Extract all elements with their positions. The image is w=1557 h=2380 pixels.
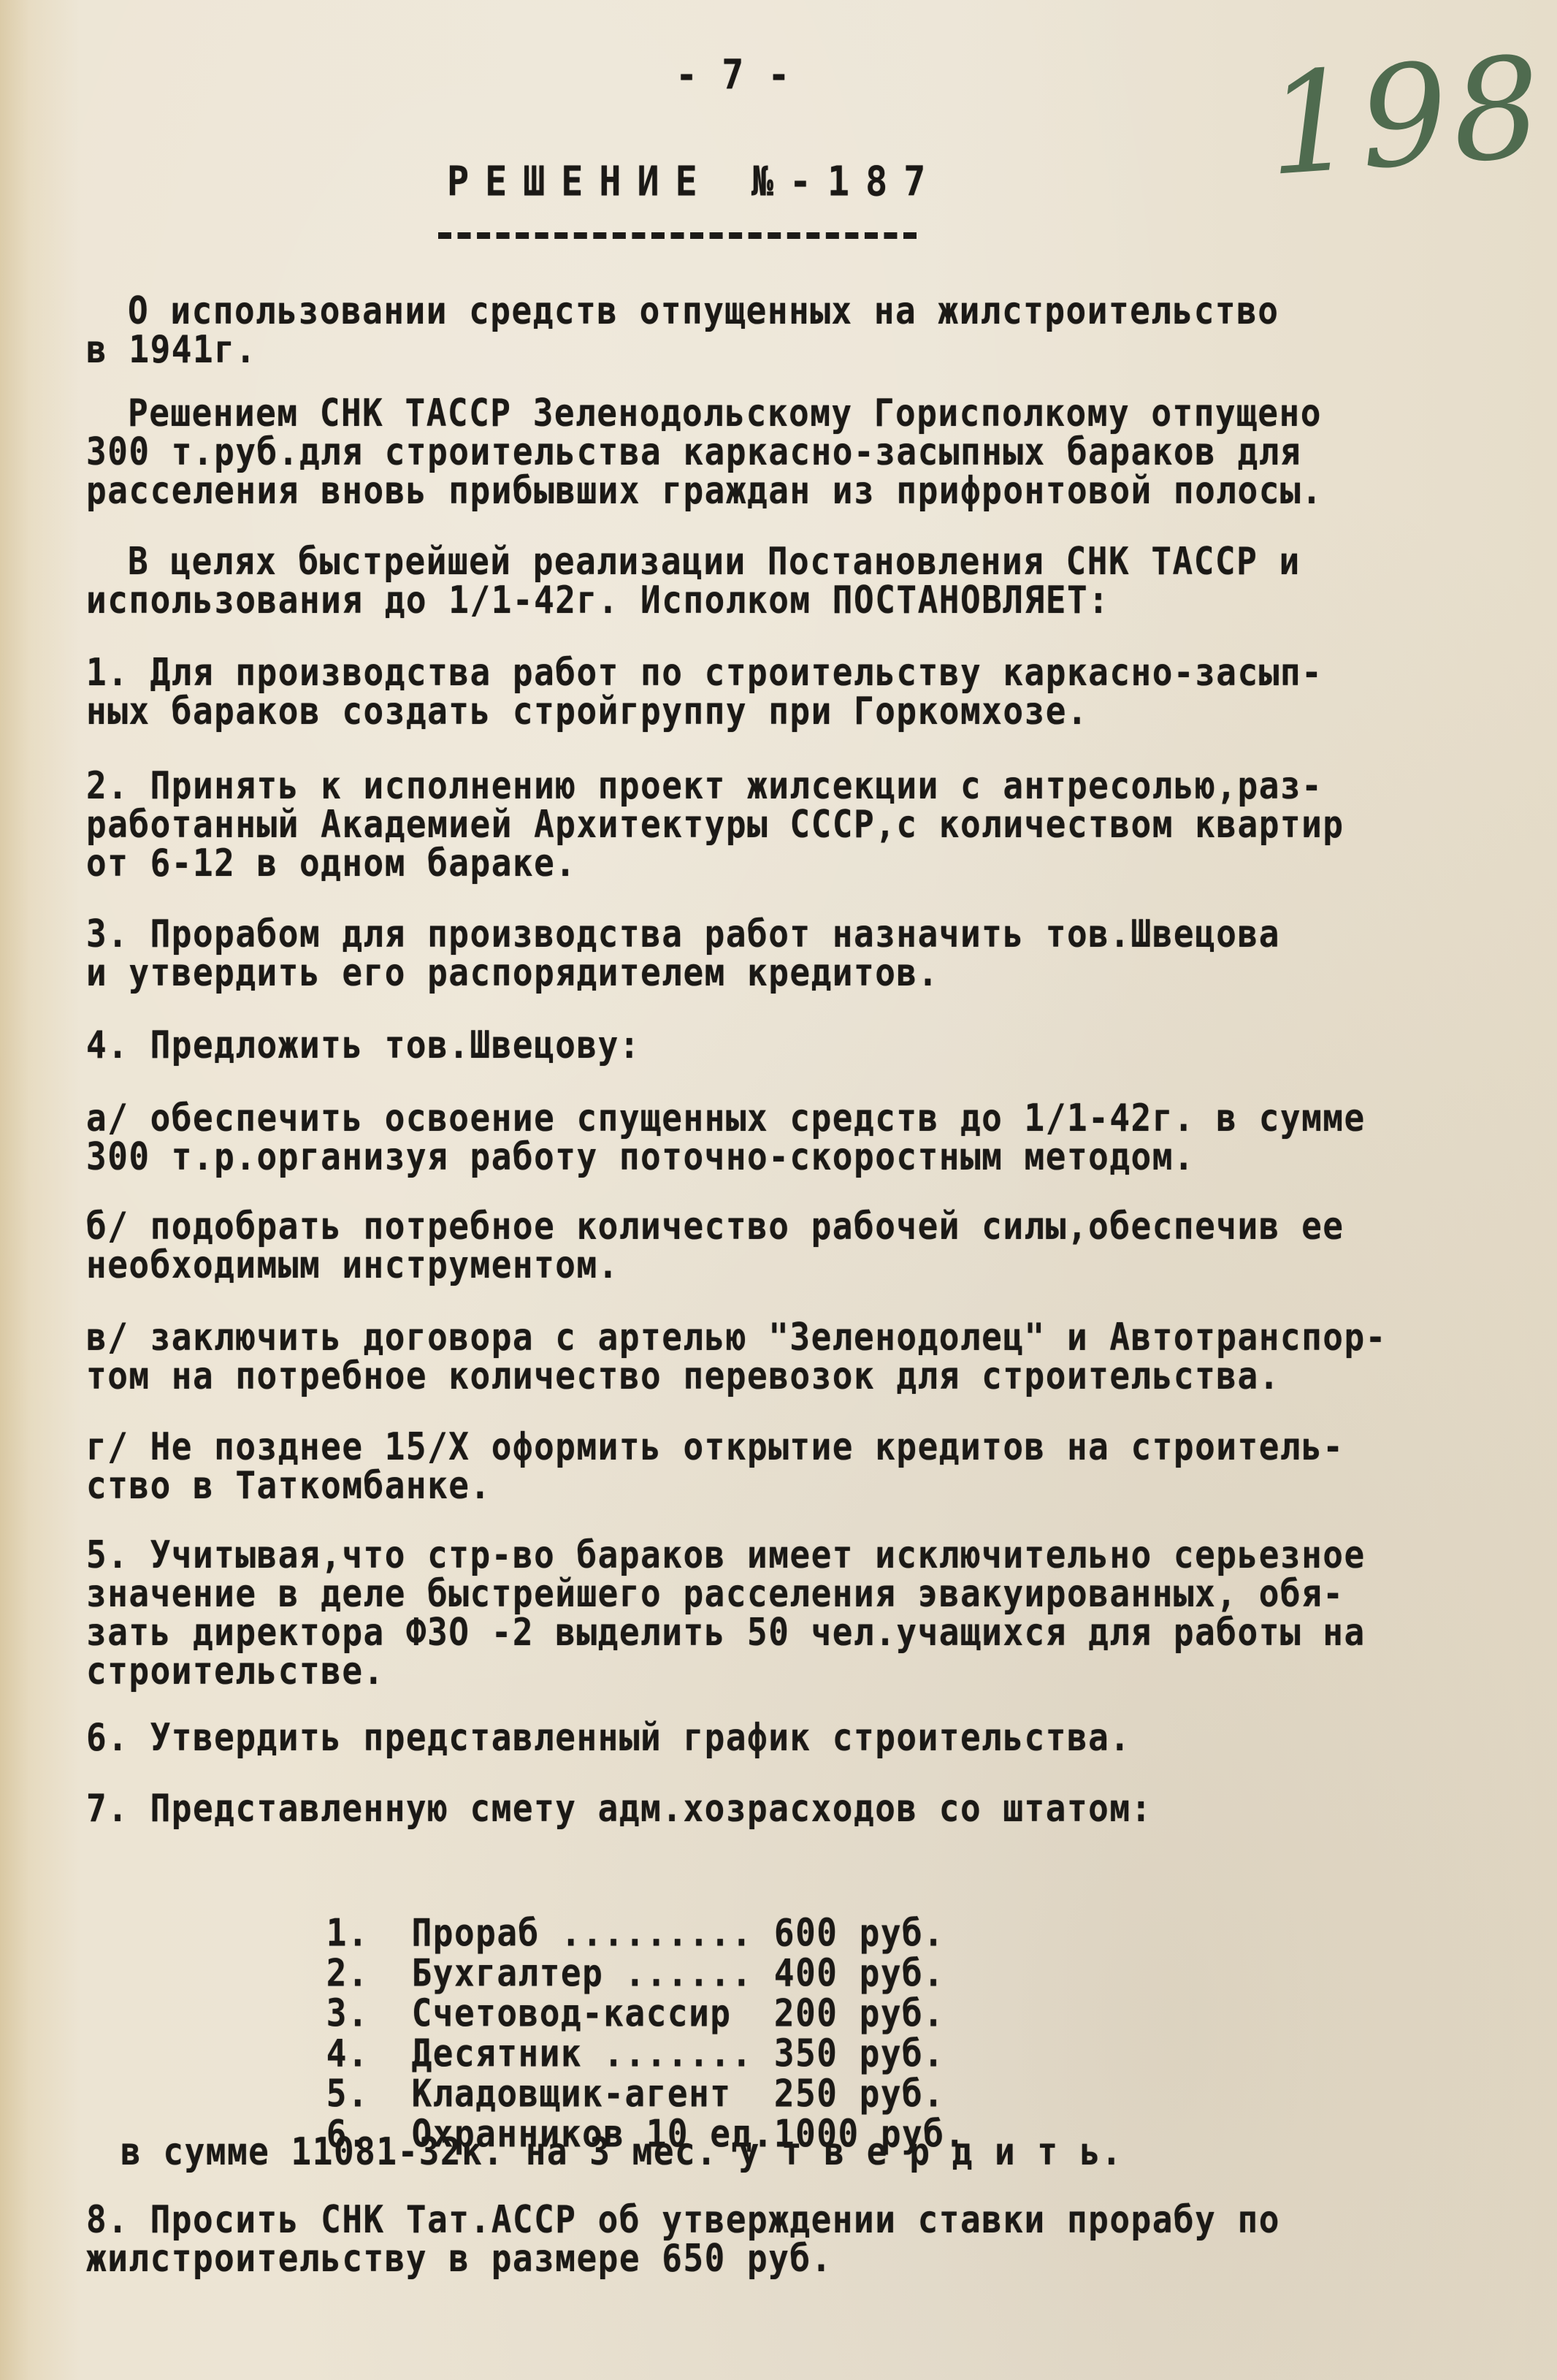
item-7-line: 7. Представленную смету адм.хозрасходов … bbox=[86, 1786, 1152, 1830]
preamble-line-2: 300 т.руб.для строительства каркасно-зас… bbox=[86, 430, 1301, 473]
title-underline bbox=[438, 232, 917, 239]
item-3-line-2: и утвердить его распорядителем кредитов. bbox=[86, 950, 939, 994]
item-4g-line-2: ство в Таткомбанке. bbox=[86, 1463, 491, 1507]
item-4a-line-2: 300 т.р.организуя работу поточно-скорост… bbox=[86, 1134, 1195, 1178]
item-4a-line-1: а/ обеспечить освоение спущенных средств… bbox=[86, 1096, 1366, 1140]
total-line: в сумме 11081-32к. на 3 мес. у т в е р д… bbox=[120, 2129, 1122, 2173]
item-4v-line-1: в/ заключить договора с артелью "Зеленод… bbox=[86, 1315, 1387, 1359]
intro-line-1: В целях быстрейшей реализации Постановле… bbox=[128, 539, 1301, 583]
item-4b-line-2: необходимым инструментом. bbox=[86, 1243, 619, 1286]
preamble-line-1: Решением СНК ТАССР Зеленодольскому Горис… bbox=[128, 391, 1322, 435]
item-4-line: 4. Предложить тов.Швецову: bbox=[86, 1023, 640, 1067]
item-4g-line-1: г/ Не позднее 15/Х оформить открытие кре… bbox=[86, 1424, 1344, 1468]
item-3-line-1: 3. Прорабом для производства работ назна… bbox=[86, 912, 1280, 956]
item-1-line-2: ных бараков создать стройгруппу при Горк… bbox=[86, 689, 1088, 733]
item-5-line-4: строительстве. bbox=[86, 1649, 385, 1693]
item-8-line-2: жилстроительству в размере 650 руб. bbox=[86, 2236, 833, 2280]
item-2-line-2: работанный Академией Архитектуры СССР,с … bbox=[86, 802, 1344, 846]
item-8-line-1: 8. Просить СНК Тат.АССР об утверждении с… bbox=[86, 2197, 1280, 2241]
item-1-line-1: 1. Для производства работ по строительст… bbox=[86, 650, 1323, 694]
item-2-line-1: 2. Принять к исполнению проект жилсекции… bbox=[86, 763, 1323, 807]
intro-line-2: использования до 1/1-42г. Исполком ПОСТА… bbox=[86, 578, 1109, 622]
archive-sheet-number: 198 bbox=[1262, 34, 1550, 199]
item-4b-line-1: б/ подобрать потребное количество рабоче… bbox=[86, 1204, 1344, 1248]
page-number: - 7 - bbox=[676, 53, 791, 96]
subject-line-2: в 1941г. bbox=[86, 327, 257, 371]
item-2-line-3: от 6-12 в одном бараке. bbox=[86, 841, 576, 885]
subject-line-1: О использовании средств отпущенных на жи… bbox=[128, 289, 1279, 332]
document-title: РЕШЕНИЕ №-187 bbox=[447, 159, 941, 203]
item-5-line-2: значение в деле быстрейшего расселения э… bbox=[86, 1571, 1344, 1615]
item-6-line: 6. Утвердить представленный график строи… bbox=[86, 1715, 1131, 1759]
item-5-line-1: 5. Учитывая,что стр-во бараков имеет иск… bbox=[86, 1533, 1366, 1576]
preamble-line-3: расселения вновь прибывших граждан из пр… bbox=[86, 468, 1323, 512]
item-5-line-3: зать директора ФЗО -2 выделить 50 чел.уч… bbox=[86, 1610, 1366, 1654]
item-4v-line-2: том на потребное количество перевозок дл… bbox=[86, 1354, 1280, 1397]
